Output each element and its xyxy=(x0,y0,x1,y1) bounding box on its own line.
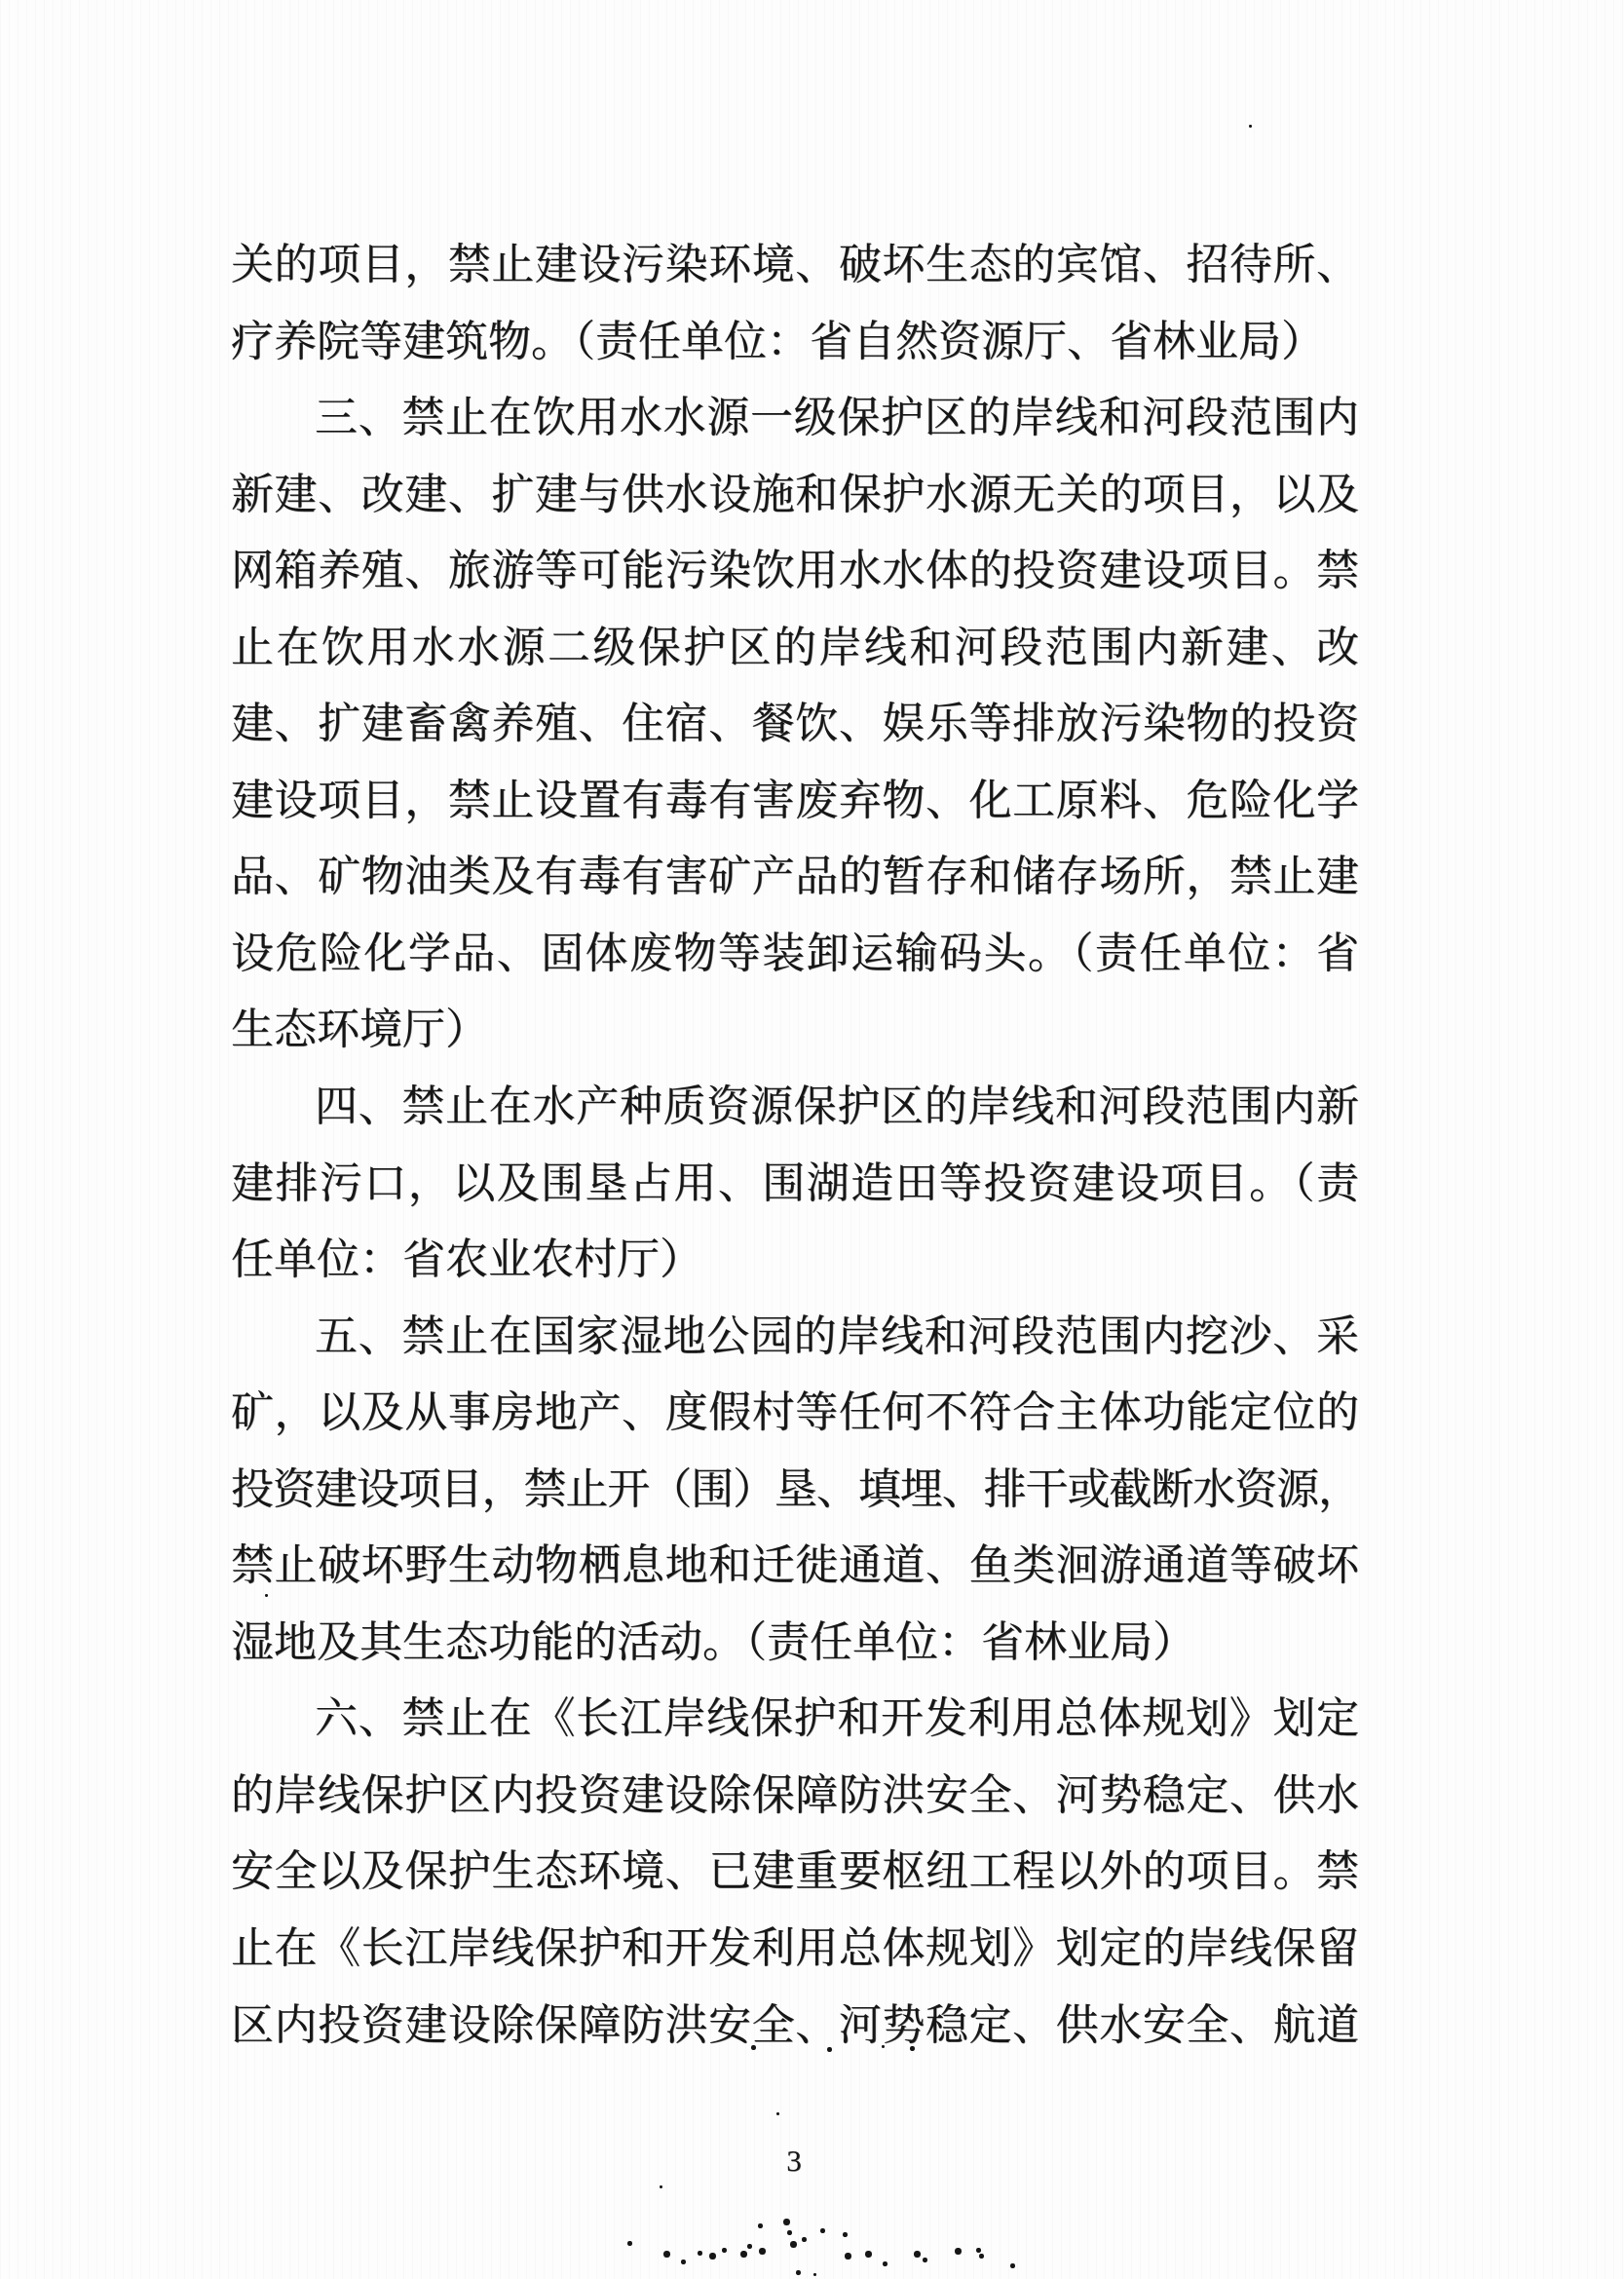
text-block: 关的项目，禁止建设污染环境、破坏生态的宾馆、招待所、 疗养院等建筑物。（责任单位… xyxy=(231,227,1359,2064)
text-line-24: 区内投资建设除保障防洪安全、河势稳定、供水安全、航道 xyxy=(231,1988,1359,2065)
text-line-21: 的岸线保护区内投资建设除保障防洪安全、河势稳定、供水 xyxy=(231,1758,1359,1835)
document-page: 关的项目，禁止建设污染环境、破坏生态的宾馆、招待所、 疗养院等建筑物。（责任单位… xyxy=(0,0,1624,2279)
page-number: 3 xyxy=(760,2144,828,2179)
text-line-3: 三、禁止在饮用水水源一级保护区的岸线和河段范围内 xyxy=(231,380,1359,457)
text-line-23: 止在《长江岸线保护和开发利用总体规划》划定的岸线保留 xyxy=(231,1911,1359,1988)
text-line-22: 安全以及保护生态环境、已建重要枢纽工程以外的项目。禁 xyxy=(231,1834,1359,1911)
text-line-14: 任单位：省农业农村厅） xyxy=(231,1222,1359,1299)
scan-noise xyxy=(0,0,3,3)
text-line-8: 建设项目，禁止设置有毒有害废弃物、化工原料、危险化学 xyxy=(231,763,1359,840)
text-line-10: 设危险化学品、固体废物等装卸运输码头。（责任单位：省 xyxy=(231,916,1359,993)
text-line-1: 关的项目，禁止建设污染环境、破坏生态的宾馆、招待所、 xyxy=(231,227,1359,304)
text-line-13: 建排污口，以及围垦占用、围湖造田等投资建设项目。（责 xyxy=(231,1146,1359,1223)
text-line-12: 四、禁止在水产种质资源保护区的岸线和河段范围内新 xyxy=(231,1069,1359,1146)
text-line-9: 品、矿物油类及有毒有害矿产品的暂存和储存场所，禁止建 xyxy=(231,839,1359,916)
text-line-7: 建、扩建畜禽养殖、住宿、餐饮、娱乐等排放污染物的投资 xyxy=(231,686,1359,763)
text-line-19: 湿地及其生态功能的活动。（责任单位：省林业局） xyxy=(231,1605,1359,1682)
text-line-11: 生态环境厅） xyxy=(231,992,1359,1069)
text-line-2: 疗养院等建筑物。（责任单位：省自然资源厅、省林业局） xyxy=(231,304,1359,381)
text-line-5: 网箱养殖、旅游等可能污染饮用水水体的投资建设项目。禁 xyxy=(231,533,1359,610)
text-line-6: 止在饮用水水源二级保护区的岸线和河段范围内新建、改 xyxy=(231,610,1359,687)
text-line-17: 投资建设项目，禁止开（围）垦、填埋、排干或截断水资源， xyxy=(231,1452,1359,1529)
text-line-18: 禁止破坏野生动物栖息地和迁徙通道、鱼类洄游通道等破坏 xyxy=(231,1528,1359,1605)
text-line-20: 六、禁止在《长江岸线保护和开发利用总体规划》划定 xyxy=(231,1681,1359,1758)
text-line-16: 矿，以及从事房地产、度假村等任何不符合主体功能定位的 xyxy=(231,1375,1359,1452)
text-line-15: 五、禁止在国家湿地公园的岸线和河段范围内挖沙、采 xyxy=(231,1299,1359,1376)
text-line-4: 新建、改建、扩建与供水设施和保护水源无关的项目，以及 xyxy=(231,457,1359,534)
